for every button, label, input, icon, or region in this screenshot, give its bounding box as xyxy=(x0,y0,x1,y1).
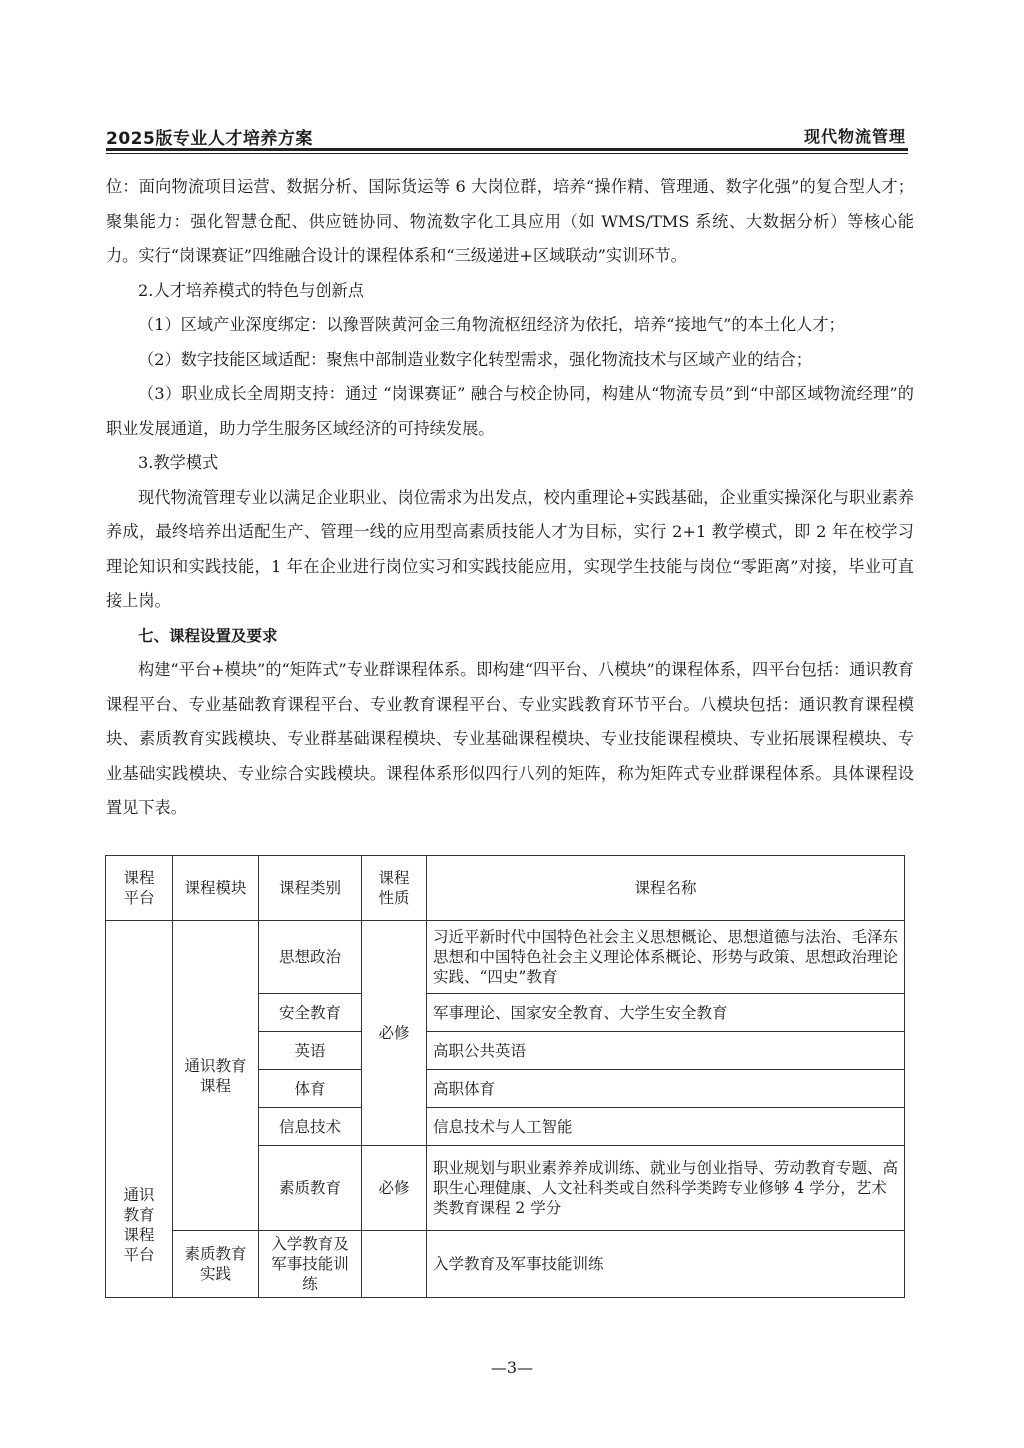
table-header-row: 课程平台 课程模块 课程类别 课程性质 课程名称 xyxy=(106,856,905,921)
table-row: 通识教育课程平台 通识教育课程 思想政治 必修 习近平新时代中国特色社会主义思想… xyxy=(106,921,905,994)
cell-category: 安全教育 xyxy=(259,994,362,1032)
cell-category: 英语 xyxy=(259,1032,362,1070)
section-heading-curriculum: 七、课程设置及要求 xyxy=(106,619,914,654)
major-name: 现代物流管理 xyxy=(804,124,906,147)
paragraph-positioning: 位：面向物流项目运营、数据分析、国际货运等 6 大岗位群，培养“操作精、管理通、… xyxy=(106,170,914,274)
cell-category: 素质教育 xyxy=(259,1146,362,1231)
subheading-features: 2.人才培养模式的特色与创新点 xyxy=(106,274,914,309)
table-row: 素质教育实践 入学教育及军事技能训练 入学教育及军事技能训练 xyxy=(106,1231,905,1298)
cell-category: 信息技术 xyxy=(259,1108,362,1146)
header-course-name: 课程名称 xyxy=(427,856,905,921)
cell-category: 入学教育及军事技能训练 xyxy=(259,1231,362,1298)
paragraph-teaching-mode: 现代物流管理专业以满足企业职业、岗位需求为出发点，校内重理论+实践基础，企业重实… xyxy=(106,481,914,619)
document-title: 2025版专业人才培养方案 xyxy=(106,124,313,149)
cell-courses: 高职体育 xyxy=(427,1070,905,1108)
header-rule-thin xyxy=(106,153,908,154)
cell-nature xyxy=(362,1231,427,1298)
header-nature: 课程性质 xyxy=(362,856,427,921)
header-platform: 课程平台 xyxy=(106,856,173,921)
page-number: —3— xyxy=(0,1358,1024,1377)
header-category: 课程类别 xyxy=(259,856,362,921)
header-module: 课程模块 xyxy=(173,856,259,921)
course-table: 课程平台 课程模块 课程类别 课程性质 课程名称 通识教育课程平台 通识教育课程… xyxy=(105,855,905,1298)
cell-module-quality: 素质教育实践 xyxy=(173,1231,259,1298)
cell-category: 思想政治 xyxy=(259,921,362,994)
cell-courses: 信息技术与人工智能 xyxy=(427,1108,905,1146)
cell-category: 体育 xyxy=(259,1070,362,1108)
paragraph-curriculum: 构建“平台+模块”的“矩阵式”专业群课程体系。即构建“四平台、八模块”的课程体系… xyxy=(106,653,914,826)
header-rule-thick xyxy=(106,148,908,151)
cell-courses: 习近平新时代中国特色社会主义思想概论、思想道德与法治、毛泽东思想和中国特色社会主… xyxy=(427,921,905,994)
cell-module-general: 通识教育课程 xyxy=(173,921,259,1231)
cell-courses: 职业规划与职业素养养成训练、就业与创业指导、劳动教育专题、高职生心理健康、人文社… xyxy=(427,1146,905,1231)
cell-courses: 高职公共英语 xyxy=(427,1032,905,1070)
cell-courses: 军事理论、国家安全教育、大学生安全教育 xyxy=(427,994,905,1032)
cell-courses: 入学教育及军事技能训练 xyxy=(427,1231,905,1298)
feature-item-1: （1）区域产业深度绑定：以豫晋陕黄河金三角物流枢纽经济为依托，培养“接地气”的本… xyxy=(106,308,914,343)
page-header: 2025版专业人才培养方案 现代物流管理 xyxy=(106,120,906,146)
subheading-teaching-mode: 3.教学模式 xyxy=(106,446,914,481)
cell-nature: 必修 xyxy=(362,921,427,1146)
cell-platform: 通识教育课程平台 xyxy=(106,921,173,1298)
feature-item-2: （2）数字技能区域适配：聚焦中部制造业数字化转型需求，强化物流技术与区域产业的结… xyxy=(106,343,914,378)
body-text: 位：面向物流项目运营、数据分析、国际货运等 6 大岗位群，培养“操作精、管理通、… xyxy=(106,170,914,826)
cell-nature: 必修 xyxy=(362,1146,427,1231)
feature-item-3: （3）职业成长全周期支持：通过 “岗课赛证” 融合与校企协同，构建从“物流专员”… xyxy=(106,377,914,446)
